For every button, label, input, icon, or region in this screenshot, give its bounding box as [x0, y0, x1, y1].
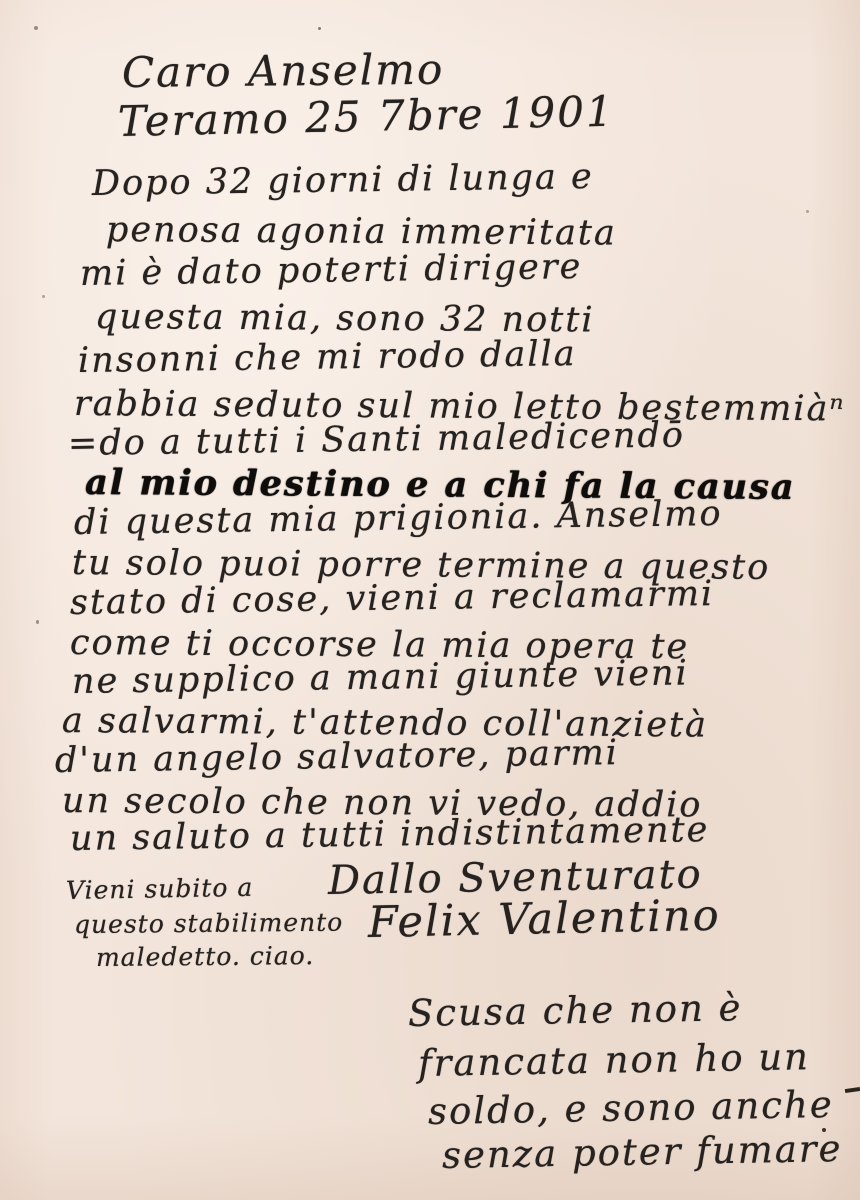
- body-line: =do a tutti i Santi maledicendō: [68, 415, 685, 464]
- paper-speck: [806, 210, 809, 213]
- margin-note-line: Vieni subito a: [66, 873, 254, 905]
- body-line: insonni che mi rodo dalla: [78, 334, 577, 381]
- margin-note-line: questo stabilimento: [74, 908, 343, 939]
- postscript-line: soldo, e sono anche: [428, 1083, 834, 1133]
- body-line: mi è dato poterti dirigere: [80, 247, 583, 294]
- signature: Felix Valentino: [367, 891, 721, 948]
- paper-speck: [318, 27, 321, 30]
- postscript-line: Scusa che non è: [408, 986, 743, 1035]
- letter-page: Caro Anselmo Teramo 25 7bre 1901 Dopo 32…: [0, 0, 860, 1200]
- postscript-line: senza poter fumare: [442, 1127, 843, 1177]
- body-line: ne supplico a mani giunte vieni: [72, 653, 689, 702]
- postscript-line: francata non ho un: [418, 1035, 811, 1085]
- body-line: un saluto a tutti indistintamente: [70, 810, 710, 859]
- margin-note-line: maledetto. ciao.: [96, 941, 315, 972]
- body-line: Dopo 32 giorni di lunga e: [92, 157, 594, 204]
- paper-speck: [34, 26, 38, 30]
- letter-dateline: Teramo 25 7bre 1901: [117, 87, 615, 146]
- body-line: di questa mia prigionia. Anselmo: [74, 494, 723, 543]
- edge-mark: [845, 1087, 860, 1093]
- paper-speck: [42, 295, 45, 298]
- paper-speck: [36, 620, 39, 624]
- body-line: d'un angelo salvatore, parmi: [55, 733, 620, 781]
- body-line: stato di cose, vieni a reclamarmi: [70, 574, 715, 623]
- letter-salutation: Caro Anselmo: [122, 45, 445, 97]
